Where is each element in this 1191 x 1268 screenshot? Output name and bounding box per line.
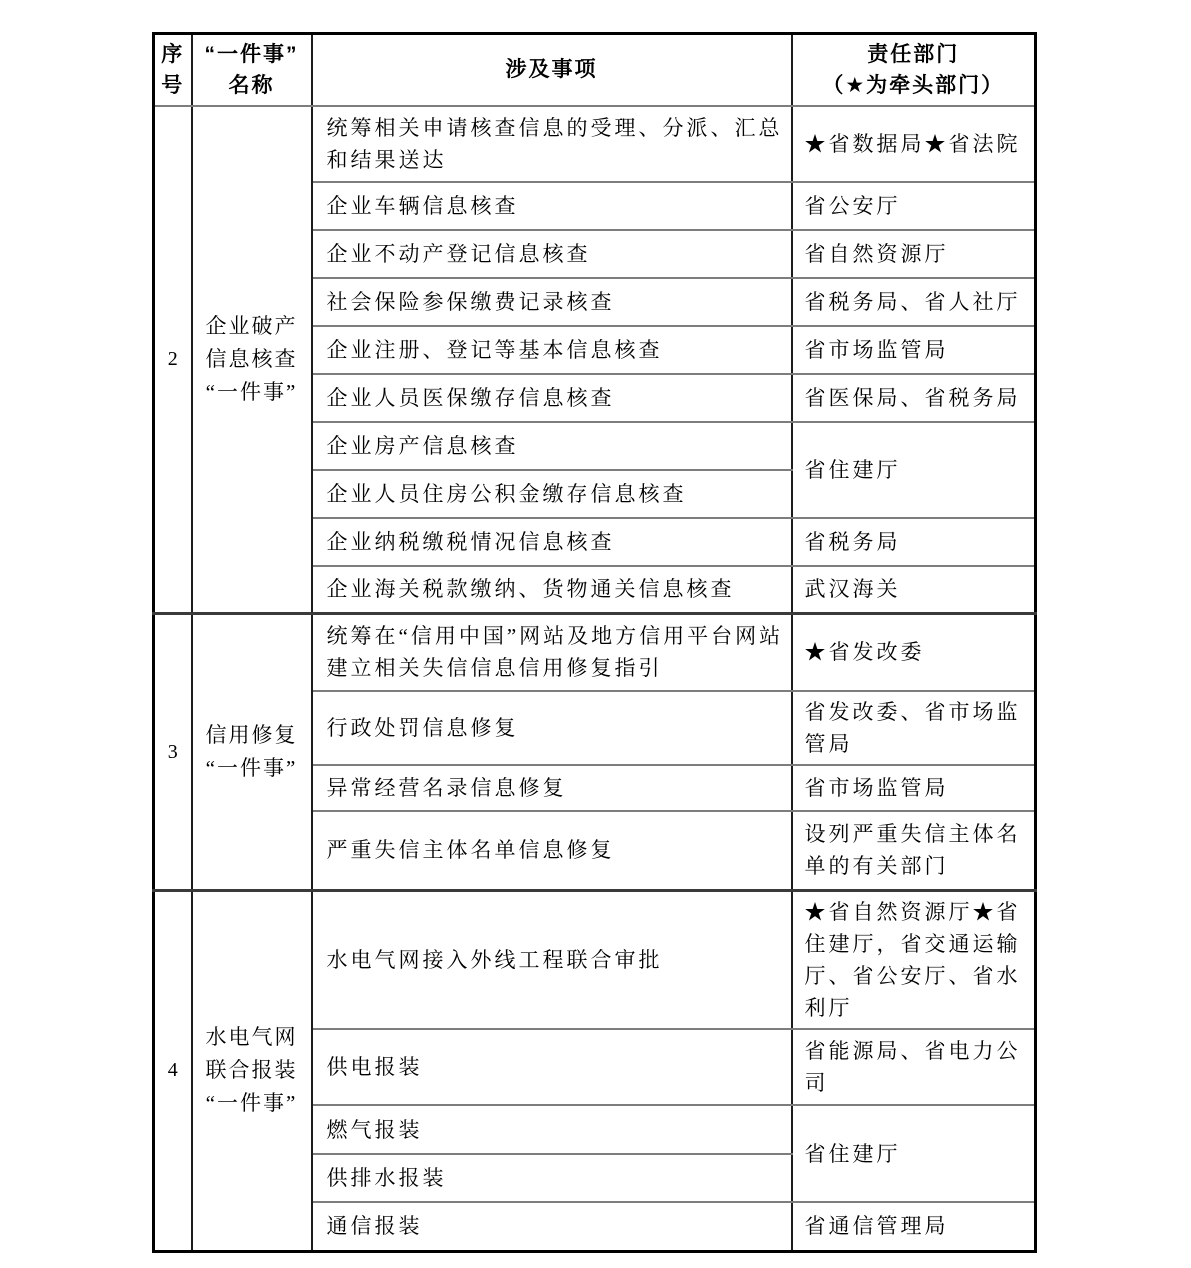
department-cell: 设列严重失信主体名单的有关部门	[792, 811, 1036, 891]
matter-cell: 供电报装	[312, 1029, 792, 1105]
department-cell: 省税务局、省人社厅	[792, 278, 1036, 326]
matter-cell: 企业注册、登记等基本信息核查	[312, 326, 792, 374]
department-cell: 省市场监管局	[792, 765, 1036, 811]
section-index-cell: 4	[154, 891, 192, 1252]
section-index-cell: 2	[154, 106, 192, 614]
department-cell: 省公安厅	[792, 182, 1036, 230]
matter-cell: 燃气报装	[312, 1105, 792, 1154]
matter-cell: 统筹在“信用中国”网站及地方信用平台网站建立相关失信信息信用修复指引	[312, 614, 792, 691]
document-page: 序号 “一件事” 名称 涉及事项 责任部门 （★为牵头部门） 2 企业破产 信息…	[0, 0, 1191, 1268]
table-row: 4 水电气网 联合报装 “一件事” 水电气网接入外线工程联合审批 ★省自然资源厅…	[154, 891, 1036, 1030]
matter-cell: 水电气网接入外线工程联合审批	[312, 891, 792, 1030]
matter-cell: 行政处罚信息修复	[312, 691, 792, 765]
matter-cell: 社会保险参保缴费记录核查	[312, 278, 792, 326]
department-cell-merged: 省住建厅	[792, 422, 1036, 518]
matter-cell: 企业车辆信息核查	[312, 182, 792, 230]
matter-cell: 异常经营名录信息修复	[312, 765, 792, 811]
matter-cell: 统筹相关申请核查信息的受理、分派、汇总和结果送达	[312, 106, 792, 182]
section-name-cell: 企业破产 信息核查 “一件事”	[192, 106, 312, 614]
one-matter-responsibility-table: 序号 “一件事” 名称 涉及事项 责任部门 （★为牵头部门） 2 企业破产 信息…	[152, 32, 1037, 1253]
section-name-cell: 水电气网 联合报装 “一件事”	[192, 891, 312, 1252]
department-cell: 武汉海关	[792, 566, 1036, 614]
matter-cell: 严重失信主体名单信息修复	[312, 811, 792, 891]
matter-cell: 企业海关税款缴纳、货物通关信息核查	[312, 566, 792, 614]
header-matters-involved: 涉及事项	[312, 34, 792, 106]
department-cell: 省市场监管局	[792, 326, 1036, 374]
department-cell: 省医保局、省税务局	[792, 374, 1036, 422]
table-row: 3 信用修复 “一件事” 统筹在“信用中国”网站及地方信用平台网站建立相关失信信…	[154, 614, 1036, 691]
header-one-matter-name: “一件事” 名称	[192, 34, 312, 106]
section-index-cell: 3	[154, 614, 192, 891]
department-cell-merged: 省住建厅	[792, 1105, 1036, 1202]
department-cell: ★省自然资源厅★省住建厅，省交通运输厅、省公安厅、省水利厅	[792, 891, 1036, 1030]
department-cell: 省发改委、省市场监管局	[792, 691, 1036, 765]
header-responsible-department: 责任部门 （★为牵头部门）	[792, 34, 1036, 106]
matter-cell: 通信报装	[312, 1202, 792, 1251]
department-cell: ★省发改委	[792, 614, 1036, 691]
matter-cell: 企业人员医保缴存信息核查	[312, 374, 792, 422]
department-cell: 省税务局	[792, 518, 1036, 566]
table-row: 2 企业破产 信息核查 “一件事” 统筹相关申请核查信息的受理、分派、汇总和结果…	[154, 106, 1036, 182]
section-name-cell: 信用修复 “一件事”	[192, 614, 312, 891]
header-serial-number: 序号	[154, 34, 192, 106]
matter-cell: 企业人员住房公积金缴存信息核查	[312, 470, 792, 518]
department-cell: 省能源局、省电力公司	[792, 1029, 1036, 1105]
department-cell: ★省数据局★省法院	[792, 106, 1036, 182]
matter-cell: 企业不动产登记信息核查	[312, 230, 792, 278]
matter-cell: 企业纳税缴税情况信息核查	[312, 518, 792, 566]
department-cell: 省自然资源厅	[792, 230, 1036, 278]
matter-cell: 供排水报装	[312, 1154, 792, 1202]
department-cell: 省通信管理局	[792, 1202, 1036, 1251]
matter-cell: 企业房产信息核查	[312, 422, 792, 470]
